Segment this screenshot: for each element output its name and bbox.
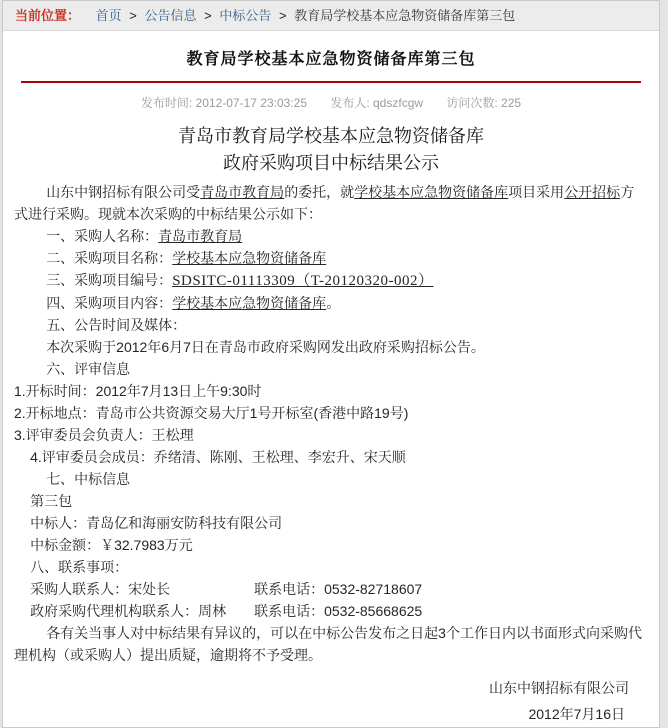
objection-notice: 各有关当事人对中标结果有异议的，可以在中标公告发布之日起3个工作日内以书面形式向… — [14, 622, 647, 666]
review-item-place: 2.开标地点：青岛市公共资源交易大厅1号开标室(香港中路19号) — [14, 402, 647, 424]
page-container: 当前位置： 首页 > 公告信息 > 中标公告 > 教育局学校基本应急物资储备库第… — [2, 0, 660, 728]
breadcrumb-current-page: 教育局学校基本应急物资储备库第三包 — [294, 8, 515, 23]
breadcrumb-separator-icon: > — [204, 8, 212, 23]
intro-text: 山东中钢招标有限公司受 — [46, 184, 200, 200]
item-label: 二、采购项目名称： — [46, 250, 172, 266]
item-project-content: 四、采购项目内容：学校基本应急物资储备库。 — [14, 292, 647, 314]
agency-contact-row: 政府采购代理机构联系人：周林联系电话：0532-85668625 — [14, 600, 647, 622]
intro-text: 的委托，就 — [284, 184, 354, 200]
award-amount: 中标金额：￥32.7983万元 — [14, 534, 647, 556]
breadcrumb-link-home[interactable]: 首页 — [96, 8, 122, 23]
publisher: 发布人: qdszfcgw — [330, 96, 423, 110]
media-text: 本次采购于2012年6月7日在青岛市政府采购网发出政府采购招标公告。 — [14, 336, 647, 358]
article-meta: 发布时间: 2012-07-17 23:03:25 发布人: qdszfcgw … — [3, 83, 659, 117]
visit-count: 访问次数: 225 — [446, 96, 521, 110]
package-name: 第三包 — [14, 490, 647, 512]
document-heading-line1: 青岛市教育局学校基本应急物资储备库 — [3, 123, 659, 150]
buyer-contact-row: 采购人联系人：宋处长联系电话：0532-82718607 — [14, 578, 647, 600]
breadcrumb-link-notices[interactable]: 公告信息 — [145, 8, 197, 23]
item-suffix: 。 — [326, 295, 340, 311]
item-review-heading: 六、评审信息 — [14, 358, 647, 380]
publish-time: 发布时间: 2012-07-17 23:03:25 — [141, 96, 307, 110]
project-content: 学校基本应急物资储备库 — [172, 295, 326, 311]
breadcrumb-label: 当前位置： — [15, 8, 80, 23]
item-project-name: 二、采购项目名称：学校基本应急物资储备库 — [14, 247, 647, 269]
intro-text: 项目采用 — [508, 184, 564, 200]
buyer-name: 青岛市教育局 — [158, 228, 242, 244]
document-heading-line2: 政府采购项目中标结果公示 — [3, 150, 659, 177]
item-buyer: 一、采购人名称：青岛市教育局 — [14, 225, 647, 247]
signature-date: 2012年7月16日 — [14, 701, 647, 727]
item-award-heading: 七、中标信息 — [14, 468, 647, 490]
review-item-leader: 3.评审委员会负责人：王松理 — [14, 424, 647, 446]
item-label: 一、采购人名称： — [46, 228, 158, 244]
item-label: 三、采购项目编号： — [46, 272, 172, 288]
item-project-number: 三、采购项目编号：SDSITC-01113309（T-20120320-002） — [14, 269, 647, 292]
project-name: 学校基本应急物资储备库 — [172, 250, 326, 266]
item-label: 四、采购项目内容： — [46, 295, 172, 311]
item-contact-heading: 八、联系事项： — [14, 556, 647, 578]
review-item-members: 4.评审委员会成员：乔绪清、陈刚、王松理、李宏升、宋天顺 — [14, 446, 647, 468]
breadcrumb-link-award-notices[interactable]: 中标公告 — [219, 8, 271, 23]
winner-name: 中标人：青岛亿和海丽安防科技有限公司 — [14, 512, 647, 534]
article-body: 山东中钢招标有限公司受青岛市教育局的委托，就学校基本应急物资储备库项目采用公开招… — [3, 177, 659, 727]
agency-contact: 政府采购代理机构联系人：周林 — [30, 603, 226, 619]
buyer-contact: 采购人联系人：宋处长 — [30, 581, 170, 597]
intro-paragraph: 山东中钢招标有限公司受青岛市教育局的委托，就学校基本应急物资储备库项目采用公开招… — [14, 181, 647, 225]
item-media-heading: 五、公告时间及媒体： — [14, 314, 647, 336]
breadcrumb-separator-icon: > — [129, 8, 137, 23]
breadcrumb-separator-icon: > — [279, 8, 287, 23]
breadcrumb: 当前位置： 首页 > 公告信息 > 中标公告 > 教育局学校基本应急物资储备库第… — [3, 1, 659, 31]
page-title: 教育局学校基本应急物资储备库第三包 — [3, 31, 659, 81]
review-item-time: 1.开标时间：2012年7月13日上午9:30时 — [14, 380, 647, 402]
signature-company: 山东中钢招标有限公司 — [14, 675, 647, 701]
project-number: SDSITC-01113309（T-20120320-002） — [172, 273, 433, 289]
underlined-project: 学校基本应急物资储备库 — [354, 184, 508, 200]
buyer-phone: 联系电话：0532-82718607 — [254, 581, 422, 597]
underlined-buyer: 青岛市教育局 — [200, 184, 284, 200]
agency-phone: 联系电话：0532-85668625 — [254, 603, 422, 619]
underlined-method: 公开招标 — [564, 184, 620, 200]
